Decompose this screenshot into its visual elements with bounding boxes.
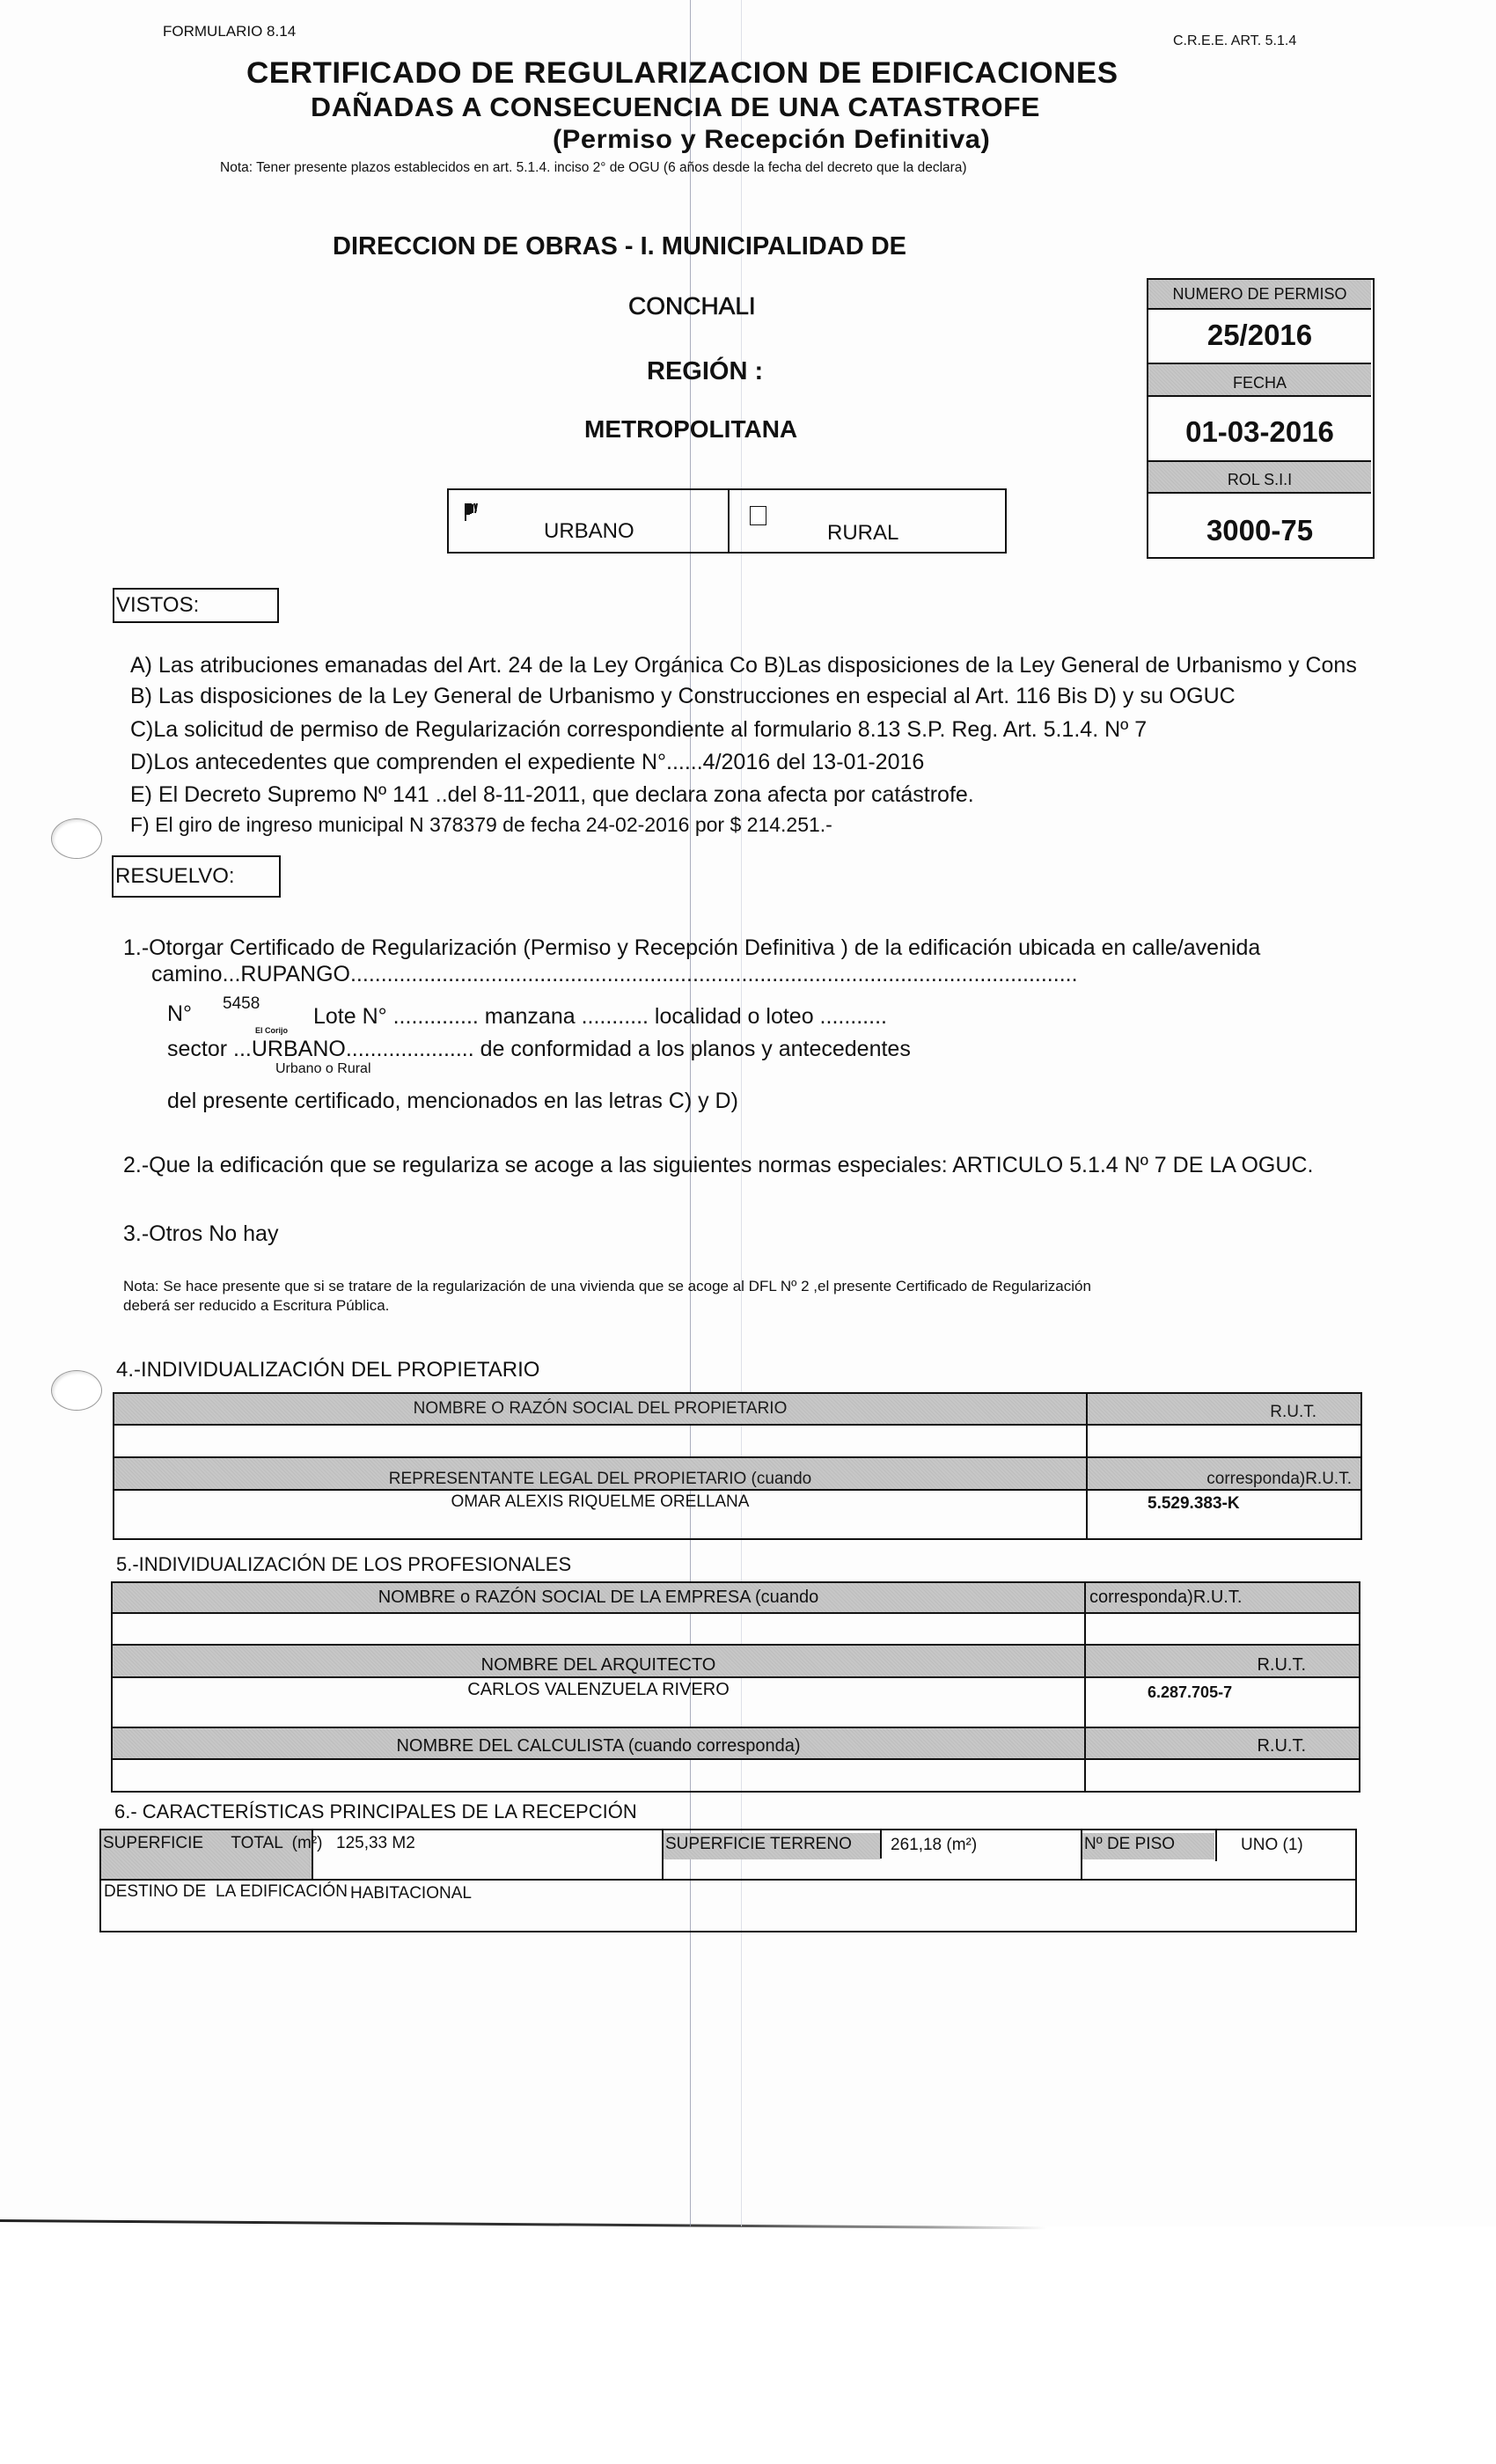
- region-label: REGIÓN :: [647, 357, 763, 386]
- sup-terreno-value[interactable]: 261,18 (m²): [891, 1836, 977, 1855]
- resuelvo-item3: 3.-Otros No hay: [123, 1221, 278, 1247]
- address-street: camino...RUPANGO........................…: [151, 962, 1078, 987]
- resuelvo-box: RESUELVO:: [112, 855, 281, 898]
- lote-line: Lote N° .............. manzana .........…: [313, 1004, 887, 1030]
- cell-divider: [1215, 1830, 1217, 1861]
- company-rut-field[interactable]: [1085, 1613, 1360, 1645]
- destino-label-a: DESTINO DE: [104, 1882, 206, 1902]
- vistos-item-a: A) Las atribuciones emanadas del Art. 24…: [130, 653, 1357, 678]
- title-line-1: CERTIFICADO DE REGULARIZACION DE EDIFICA…: [246, 56, 1118, 91]
- owner-rut-field[interactable]: [1087, 1425, 1361, 1457]
- vistos-item-e: E) El Decreto Supremo Nº 141 ..del 8-11-…: [130, 782, 974, 808]
- permit-date-value: 01-03-2016: [1148, 415, 1371, 449]
- destino-label-b: LA EDIFICACIÓN: [216, 1882, 348, 1902]
- form-number: FORMULARIO 8.14: [163, 23, 296, 40]
- owner-name-header: NOMBRE O RAZÓN SOCIAL DEL PROPIETARIO: [114, 1393, 1087, 1425]
- vistos-item-b: B) Las disposiciones de la Ley General d…: [130, 684, 1236, 709]
- vistos-item-d: D)Los antecedentes que comprenden el exp…: [130, 750, 924, 775]
- owner-name-field[interactable]: [114, 1425, 1087, 1457]
- urbano-label: URBANO: [544, 519, 634, 544]
- zone-selector: [447, 488, 1007, 554]
- destino-value[interactable]: HABITACIONAL: [350, 1884, 472, 1903]
- dfl-note-line2: deberá ser reducido a Escritura Pública.: [123, 1297, 389, 1315]
- permit-rol-value: 3000-75: [1148, 514, 1371, 547]
- pisos-label-cell: Nº DE PISO: [1082, 1833, 1214, 1859]
- company-name-field[interactable]: [112, 1613, 1085, 1645]
- permit-date-label: FECHA: [1148, 364, 1371, 401]
- company-header: NOMBRE o RAZÓN SOCIAL DE LA EMPRESA (cua…: [112, 1582, 1085, 1613]
- title-line-2: DAÑADAS A CONSECUENCIA DE UNA CATASTROFE: [311, 92, 1040, 123]
- top-note: Nota: Tener presente plazos establecidos…: [220, 160, 967, 176]
- sup-total-label-cell: SUPERFICIE TOTAL (m²): [101, 1830, 312, 1879]
- owner-table: NOMBRE O RAZÓN SOCIAL DEL PROPIETARIO R.…: [113, 1392, 1362, 1540]
- resuelvo-heading: RESUELVO:: [114, 857, 279, 896]
- urbano-checkbox[interactable]: [465, 502, 477, 518]
- permit-number-header: NUMERO DE PERMISO: [1148, 280, 1371, 310]
- architect-header: NOMBRE DEL ARQUITECTO: [112, 1645, 1085, 1677]
- rural-checkbox[interactable]: [750, 506, 766, 525]
- architect-rut-value[interactable]: 6.287.705-7: [1085, 1677, 1360, 1727]
- sup-total-label: SUPERFICIE TOTAL (m²): [101, 1830, 312, 1853]
- vistos-item-f: F) El giro de ingreso municipal N 378379…: [130, 813, 832, 837]
- checked-scribble-icon: [465, 502, 479, 522]
- calculist-header: NOMBRE DEL CALCULISTA (cuando correspond…: [112, 1727, 1085, 1759]
- section4-title: 4.-INDIVIDUALIZACIÓN DEL PROPIETARIO: [116, 1358, 539, 1382]
- pisos-label: Nº DE PISO: [1082, 1833, 1214, 1854]
- rep-name-header: REPRESENTANTE LEGAL DEL PROPIETARIO (cua…: [114, 1457, 1087, 1490]
- authority-line: DIRECCION DE OBRAS - I. MUNICIPALIDAD DE: [333, 232, 906, 261]
- architect-rut-header: R.U.T.: [1085, 1645, 1360, 1677]
- calculist-rut-field[interactable]: [1085, 1759, 1360, 1792]
- item1-last-line: del presente certificado, mencionados en…: [167, 1089, 738, 1114]
- company-rut-header: corresponda)R.U.T.: [1085, 1582, 1360, 1613]
- permit-rol-header: ROL S.I.I: [1148, 460, 1371, 494]
- calculist-name-field[interactable]: [112, 1759, 1085, 1792]
- title-line-3: (Permiso y Recepción Definitiva): [553, 125, 990, 155]
- punch-hole: [51, 818, 102, 859]
- section6-title: 6.- CARACTERÍSTICAS PRINCIPALES DE LA RE…: [114, 1800, 637, 1823]
- vistos-item-c: C)La solicitud de permiso de Regularizac…: [130, 717, 1147, 743]
- municipality: CONCHALI: [628, 292, 756, 320]
- professionals-table: NOMBRE o RAZÓN SOCIAL DE LA EMPRESA (cua…: [111, 1581, 1360, 1793]
- sup-terreno-label: SUPERFICIE TERRENO: [664, 1833, 880, 1854]
- resuelvo-item1: 1.-Otorgar Certificado de Regularización…: [123, 935, 1260, 961]
- resuelvo-item2: 2.-Que la edificación que se regulariza …: [123, 1153, 1313, 1178]
- sup-terreno-label-cell: SUPERFICIE TERRENO: [664, 1833, 880, 1859]
- dfl-note-line1: Nota: Se hace presente que si se tratare…: [123, 1278, 1091, 1295]
- calculist-rut-header: R.U.T.: [1085, 1727, 1360, 1759]
- sup-total-value[interactable]: 125,33 M2: [336, 1834, 415, 1853]
- vistos-heading: VISTOS:: [114, 590, 277, 621]
- architect-name-value[interactable]: CARLOS VALENZUELA RIVERO: [112, 1677, 1085, 1727]
- permit-number-value: 25/2016: [1148, 319, 1371, 352]
- sector-hint: Urbano o Rural: [275, 1061, 371, 1077]
- localidad-small: El Corijo: [255, 1026, 288, 1035]
- section5-title: 5.-INDIVIDUALIZACIÓN DE LOS PROFESIONALE…: [116, 1553, 571, 1576]
- pisos-value[interactable]: UNO (1): [1241, 1836, 1303, 1855]
- permit-date-header: FECHA: [1148, 363, 1371, 397]
- vistos-box: VISTOS:: [113, 588, 279, 623]
- rep-name-value[interactable]: OMAR ALEXIS RIQUELME ORELLANA: [114, 1490, 1087, 1539]
- punch-hole: [51, 1370, 102, 1411]
- permit-number-label: NUMERO DE PERMISO: [1148, 280, 1371, 308]
- owner-rut-header: R.U.T.: [1087, 1393, 1361, 1425]
- rural-label: RURAL: [827, 521, 898, 546]
- zone-divider: [728, 490, 730, 552]
- permit-rol-label: ROL S.I.I: [1148, 462, 1371, 497]
- region-value: METROPOLITANA: [584, 415, 797, 444]
- rep-rut-header: corresponda)R.U.T.: [1087, 1457, 1361, 1490]
- form-code: C.R.E.E. ART. 5.1.4: [1173, 33, 1296, 49]
- cell-divider: [312, 1830, 313, 1879]
- sector-line: sector ...URBANO..................... de…: [167, 1037, 911, 1062]
- reception-row-divider: [101, 1879, 1355, 1881]
- rep-rut-value[interactable]: 5.529.383-K: [1087, 1490, 1361, 1539]
- address-number: 5458: [223, 994, 260, 1014]
- address-number-label: N°: [167, 1001, 192, 1027]
- cell-divider: [880, 1830, 882, 1859]
